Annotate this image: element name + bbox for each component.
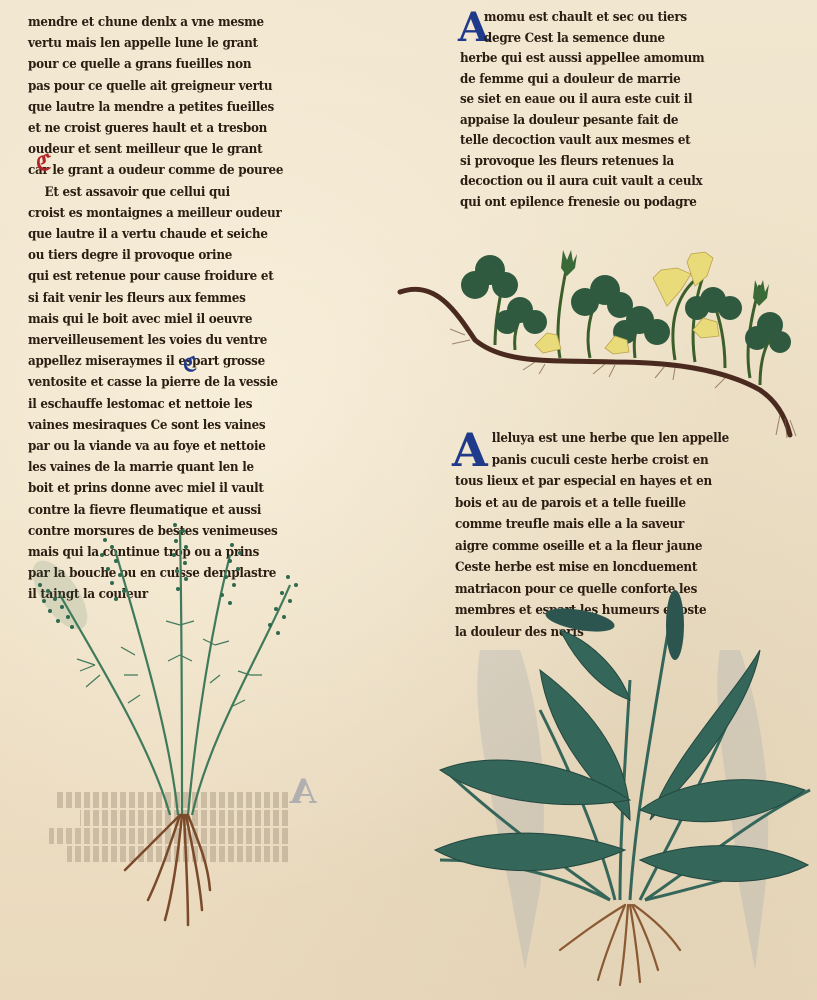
blue-paragraph-mark-icon: ℭ <box>183 352 197 376</box>
text-line: tous lieux et par especial en hayes et e… <box>455 471 763 493</box>
text-line: qui est retenue pour cause froidure et <box>28 266 332 287</box>
text-line: telle decoction vault aux mesmes et <box>460 131 754 152</box>
roots-icon <box>125 815 210 925</box>
text-line: il eschauffe lestomac et nettoie les <box>28 394 332 415</box>
text-line: appellez miseraymes il espart grosse <box>28 351 332 372</box>
text-line: se siet en eaue ou il aura este cuit il <box>460 90 754 111</box>
text-line: si provoque les fleurs retenues la <box>460 152 754 173</box>
roots-icon <box>560 905 680 985</box>
text-line: si fait venir les fleurs aux femmes <box>28 288 332 309</box>
grass-seedhead-plant-icon <box>20 515 340 935</box>
red-paragraph-mark-icon: ℭ <box>36 150 51 176</box>
text-line: car le grant a oudeur comme de pouree <box>28 160 332 181</box>
text-line: appaise la douleur pesante fait de <box>460 111 754 132</box>
text-line: par ou la viande va au foye et nettoie <box>28 436 332 457</box>
text-line: pas pour ce quelle ait greigneur vertu <box>28 76 332 97</box>
text-line: comme treufle mais elle a la saveur <box>455 514 763 536</box>
text-line: boit et prins donne avec miel il vault <box>28 478 332 499</box>
text-line: mais qui le boit avec miel il oeuvre <box>28 309 332 330</box>
text-line: panis cuculi ceste herbe croist en <box>455 450 763 472</box>
text-line: de femme qui a douleur de marrie <box>460 70 754 91</box>
text-line: ventosite et casse la pierre de la vessi… <box>28 372 332 393</box>
text-line: et ne croist gueres hault et a tresbon <box>28 118 332 139</box>
text-line: que lautre la mendre a petites fueilles <box>28 97 332 118</box>
text-line: degre Cest la semence dune <box>460 29 754 50</box>
text-line: lleluya est une herbe que len appelle <box>455 428 763 450</box>
wood-sorrel-plant-icon <box>395 240 805 450</box>
text-line: momu est chault et sec ou tiers <box>460 8 754 29</box>
text-line: pour ce quelle a grans fueilles non <box>28 54 332 75</box>
text-line: croist es montaignes a meilleur oudeur <box>28 203 332 224</box>
grass-seedhead-illustration <box>20 515 340 935</box>
text-line: Et est assavoir que cellui qui <box>28 182 332 203</box>
text-line: oudeur et sent meilleur que le grant <box>28 139 332 160</box>
text-line: que lautre il a vertu chaude et seiche <box>28 224 332 245</box>
text-line: vertu mais len appelle lune le grant <box>28 33 332 54</box>
text-line: Ceste herbe est mise en loncduement <box>455 557 763 579</box>
text-line: aigre comme oseille et a la fleur jaune <box>455 536 763 558</box>
text-line: merveilleusement les voies du ventre <box>28 330 332 351</box>
flower-spike-icon <box>544 590 684 660</box>
plantain-illustration <box>430 590 815 990</box>
text-line: qui ont epilence frenesie ou podagre <box>460 193 754 214</box>
text-line: herbe qui est aussi appellee amomum <box>460 49 754 70</box>
plantain-plant-icon <box>430 590 815 990</box>
text-line: les vaines de la marrie quant len le <box>28 457 332 478</box>
right-column-top-text: momu est chault et sec ou tiers degre Ce… <box>460 8 780 213</box>
text-line: ou tiers degre il provoque orine <box>28 245 332 266</box>
text-line: vaines mesiraques Ce sont les vaines <box>28 415 332 436</box>
text-line: decoction ou il aura cuit vault a ceulx <box>460 172 754 193</box>
manuscript-page: A mendre et chune denlx a vne mesme vert… <box>0 0 817 1000</box>
text-line: bois et au de parois et a telle fueille <box>455 493 763 515</box>
wood-sorrel-illustration <box>395 240 805 450</box>
text-line: mendre et chune denlx a vne mesme <box>28 12 332 33</box>
